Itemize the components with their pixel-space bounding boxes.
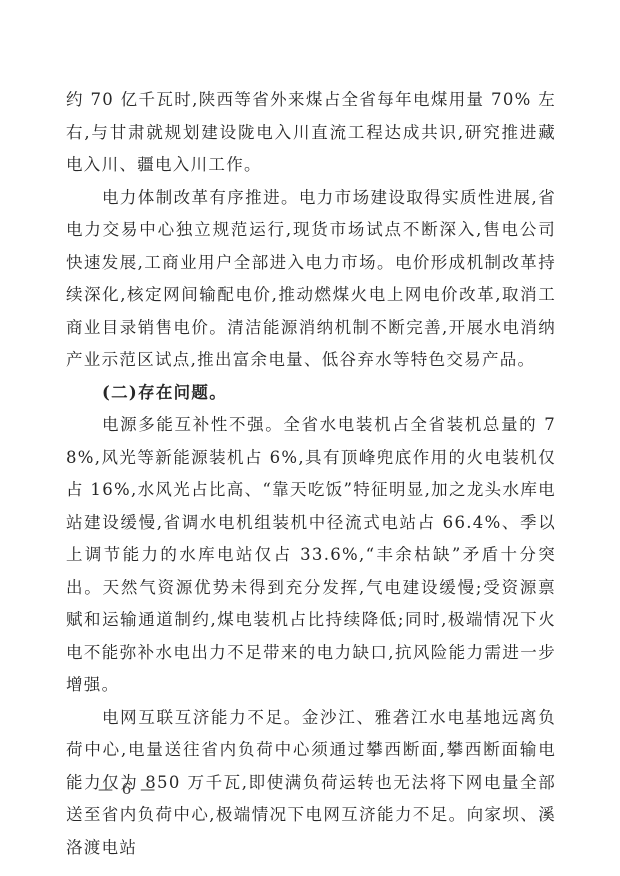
section-heading-existing-problems: (二)存在问题。: [66, 377, 556, 410]
paragraph-power-source-complementarity: 电源多能互补性不强。全省水电装机占全省装机总量的 78%,风光等新能源装机占 6…: [66, 409, 556, 702]
paragraph-power-system-reform: 电力体制改革有序推进。电力市场建设取得实质性进展,省电力交易中心独立规范运行,现…: [66, 182, 556, 377]
document-body: 约 70 亿千瓦时,陕西等省外来煤占全省每年电煤用量 70% 左右,与甘肃就规划…: [66, 84, 556, 864]
page-number: — 6 —: [98, 780, 157, 798]
document-page: 约 70 亿千瓦时,陕西等省外来煤占全省每年电煤用量 70% 左右,与甘肃就规划…: [0, 0, 620, 876]
paragraph-coal-supply-continuation: 约 70 亿千瓦时,陕西等省外来煤占全省每年电煤用量 70% 左右,与甘肃就规划…: [66, 84, 556, 182]
page-footer: — 6 —: [98, 780, 157, 798]
